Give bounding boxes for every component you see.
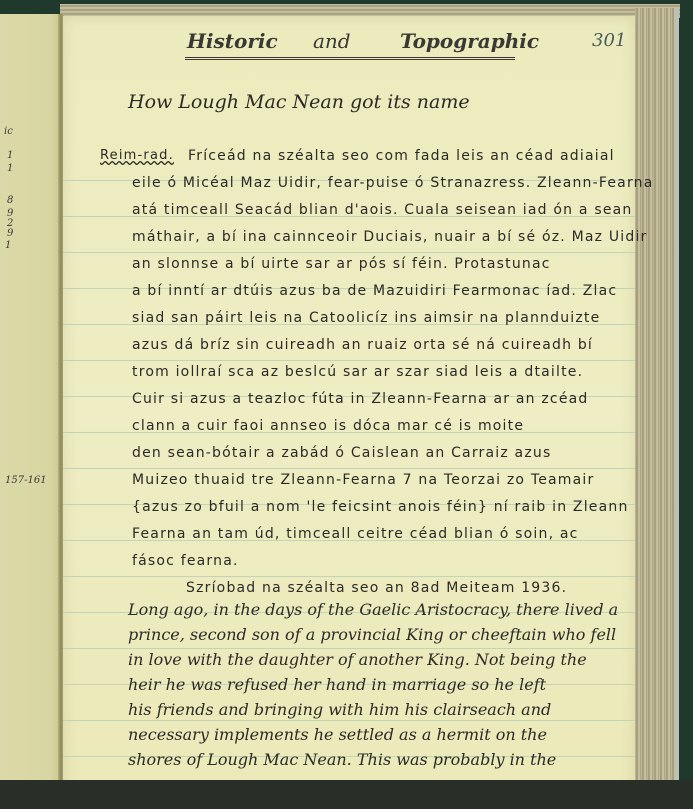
margin-mark: 1 (5, 239, 11, 253)
page-stack-side-edge (635, 8, 679, 788)
english-line: heir he was refused her hand in marriage… (128, 675, 546, 694)
english-line: in love with the daughter of another Kin… (128, 650, 587, 669)
irish-line: trom iollraí sca az beslcú sar ar szar s… (132, 364, 583, 380)
english-line: Long ago, in the days of the Gaelic Aris… (128, 600, 618, 619)
signature-date-line: Szríobad na széalta seo an 8ad Meiteam 1… (186, 580, 567, 596)
irish-line: fásoc fearna. (132, 553, 239, 569)
english-line: his friends and bringing with him his cl… (128, 700, 551, 719)
irish-line: den sean-bótair a zabád ó Caislean an Ca… (132, 445, 551, 461)
section-label: Reim-rad. (100, 148, 174, 163)
heading-topographic: Topographic (400, 29, 539, 53)
irish-line: atá timceall Seacád blian d'aois. Cuala … (132, 202, 633, 218)
english-line: prince, second son of a provincial King … (128, 625, 616, 644)
reference-number: 157-161 (5, 474, 47, 488)
irish-line: azus dá bríz sin cuireadh an ruaiz orta … (132, 337, 593, 353)
irish-line: an slonnse a bí uirte sar ar pós sí féin… (132, 256, 551, 272)
irish-line: Muizeo thuaid tre Zleann-Fearna 7 na Teo… (132, 472, 594, 488)
margin-mark: ic (4, 125, 13, 139)
heading-and: and (313, 29, 351, 53)
irish-line: siad san páirt leis na Catoolicíz ins ai… (132, 310, 600, 326)
irish-line: {azus zo bfuil a nom 'le feicsint anois … (132, 499, 629, 515)
irish-line: máthair, a bí ina cainnceoir Duciais, nu… (132, 229, 648, 245)
margin-mark: 8 (7, 194, 13, 208)
irish-line: Cuir si azus a teazloc fúta in Zleann-Fe… (132, 391, 589, 407)
heading-historic: Historic (187, 29, 278, 53)
english-line: shores of Lough Mac Nean. This was proba… (128, 750, 556, 769)
margin-mark: 1 (7, 149, 13, 163)
irish-line: a bí inntí ar dtúis azus ba de Mazuidiri… (132, 283, 617, 299)
irish-line: Fearna an tam úd, timceall ceitre céad b… (132, 526, 579, 542)
irish-line: clann a cuir faoi annseo is dóca mar cé … (132, 418, 524, 434)
story-title: How Lough Mac Nean got its name (128, 91, 470, 113)
page-number: 301 (592, 30, 626, 51)
irish-line: Fríceád na széalta seo com fada leis an … (188, 148, 615, 164)
bottom-background (0, 780, 693, 809)
left-page: ic 1 1 8 9 2 9 1 157-161 (0, 14, 62, 809)
margin-mark: 1 (7, 162, 13, 176)
page-heading: Historic and Topographic (185, 27, 515, 60)
english-line: necessary implements he settled as a her… (128, 725, 547, 744)
irish-line: eile ó Micéal Maz Uidir, fear-puise ó St… (132, 175, 654, 191)
